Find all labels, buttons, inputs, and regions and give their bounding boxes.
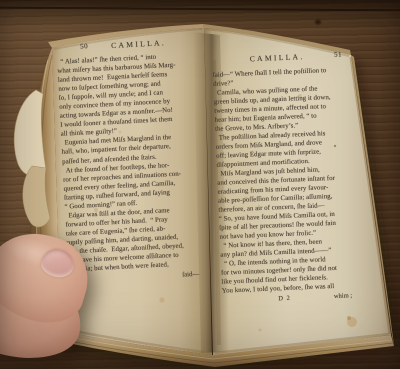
left-page-text: 50 CAMILLA. “ Alas! alas!” ſhe then crie… [54,37,202,285]
right-page-body: ſaid—“ Where ſhall I tell the poſtillion… [211,65,354,295]
right-page-text: CAMILLA. 51 ſaid—“ Where ſhall I tell th… [210,50,354,306]
left-running-title: CAMILLA. [111,38,166,50]
curled-page-edge [14,90,46,176]
left-page-number: 50 [80,42,88,50]
signature-mark: D 2 [278,295,291,303]
right-running-title: CAMILLA. [250,52,305,63]
right-catchword: whim ; [334,292,353,300]
right-page-number: 51 [334,50,342,58]
left-page-body: “ Alas! alas!” ſhe then cried, “ intowha… [55,51,202,275]
